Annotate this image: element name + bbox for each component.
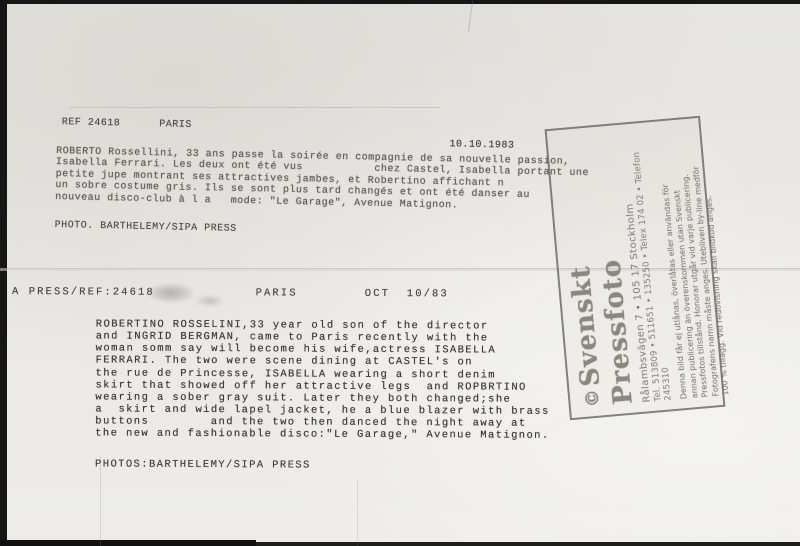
dateline: 10.10.1983 (449, 139, 514, 151)
french-caption: ROBERTO Rossellini, 33 ans passe la soir… (55, 146, 589, 214)
stamp-title-text: Svenskt Pressfoto (566, 258, 639, 406)
press-ref-header: A PRESS/REF:24618 PARIS OCT 10/83 (12, 286, 449, 300)
press-photo-caption-scan: REF 24618 PARIS 10.10.1983 ROBERTO Rosse… (0, 0, 800, 546)
photo-border-left (0, 0, 7, 546)
ref-line: REF 24618 PARIS (62, 117, 192, 131)
press-stamp: ©Svenskt Pressfoto Rålambsvägen 7 • 105 … (545, 116, 726, 420)
caption-line: the new and fashionable disco:"Le Garage… (95, 428, 549, 443)
photo-border-top (0, 0, 800, 4)
english-caption: ROBERTINO ROSSELINI,33 year old son of t… (95, 318, 550, 442)
photo-border-bottom-left (0, 540, 256, 546)
stamp-copyright-symbol: © (581, 387, 604, 408)
photo-credit-french: PHOTO. BARTHELEMY/SIPA PRESS (55, 220, 237, 235)
crease-line (70, 107, 440, 108)
english-caption-block: A PRESS/REF:24618 PARIS OCT 10/83 ROBERT… (11, 286, 572, 499)
photo-credit-english: PHOTOS:BARTHELEMY/SIPA PRESS (95, 458, 311, 471)
scratch-mark (468, 0, 473, 32)
french-caption-block: REF 24618 PARIS 10.10.1983 ROBERTO Rosse… (52, 112, 595, 258)
photo-border-bottom-right (256, 542, 800, 546)
